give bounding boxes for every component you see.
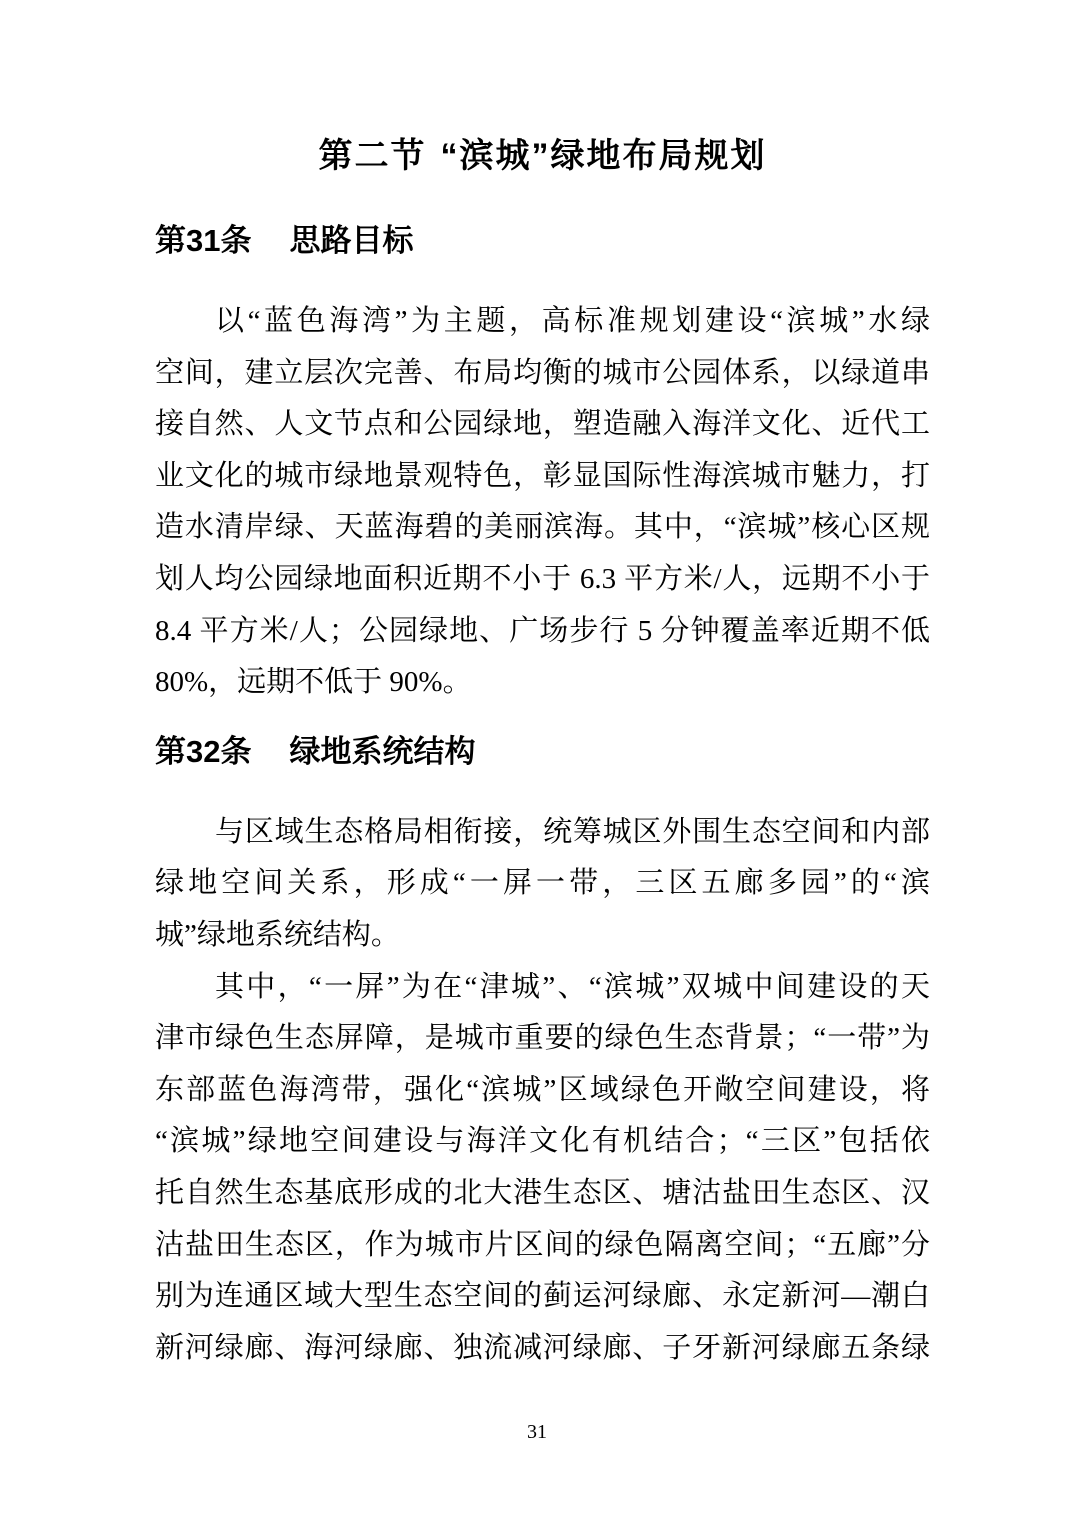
body-line: 业文化的城市绿地景观特色，彰显国际性海滨城市魅力，打 bbox=[155, 451, 930, 503]
body-line: 与区域生态格局相衔接，统筹城区外围生态空间和内部 bbox=[155, 807, 930, 859]
page-number: 31 bbox=[0, 1420, 1074, 1444]
article-31-paragraph-1: 以“蓝色海湾”为主题，高标准规划建设“滨城”水绿 空间，建立层次完善、布局均衡的… bbox=[155, 296, 930, 709]
section-title-prefix: 第二节 bbox=[319, 137, 427, 175]
body-line: 造水清岸绿、天蓝海碧的美丽滨海。其中，“滨城”核心区规 bbox=[155, 502, 930, 554]
body-line: 80%，远期不低于 90%。 bbox=[155, 657, 930, 709]
body-line: 8.4 平方米/人；公园绿地、广场步行 5 分钟覆盖率近期不低于 bbox=[155, 606, 930, 658]
article-32-heading: 第32条绿地系统结构 bbox=[155, 735, 930, 769]
body-line: 东部蓝色海湾带，强化“滨城”区域绿色开敞空间建设，将 bbox=[155, 1065, 930, 1117]
body-line: 别为连通区域大型生态空间的蓟运河绿廊、永定新河—潮白 bbox=[155, 1271, 930, 1323]
body-line: 沽盐田生态区，作为城市片区间的绿色隔离空间；“五廊”分 bbox=[155, 1220, 930, 1272]
body-line: 其中，“一屏”为在“津城”、“滨城”双城中间建设的天 bbox=[155, 962, 930, 1014]
page-content: 第二节“滨城”绿地布局规划 第31条思路目标 以“蓝色海湾”为主题，高标准规划建… bbox=[0, 0, 1074, 1374]
article-31-title: 思路目标 bbox=[289, 223, 413, 258]
article-32-number: 第32条 bbox=[155, 734, 251, 769]
article-32-title: 绿地系统结构 bbox=[289, 734, 475, 769]
body-line: 津市绿色生态屏障，是城市重要的绿色生态背景；“一带”为 bbox=[155, 1013, 930, 1065]
article-32-paragraph-1: 与区域生态格局相衔接，统筹城区外围生态空间和内部 绿地空间关系，形成“一屏一带，… bbox=[155, 807, 930, 962]
body-line: 绿地空间关系，形成“一屏一带，三区五廊多园”的“滨 bbox=[155, 858, 930, 910]
body-line: “滨城”绿地空间建设与海洋文化有机结合；“三区”包括依 bbox=[155, 1116, 930, 1168]
body-line: 接自然、人文节点和公园绿地，塑造融入海洋文化、近代工 bbox=[155, 399, 930, 451]
body-line: 空间，建立层次完善、布局均衡的城市公园体系，以绿道串 bbox=[155, 348, 930, 400]
body-line: 划人均公园绿地面积近期不小于 6.3 平方米/人，远期不小于 bbox=[155, 554, 930, 606]
body-line: 城”绿地系统结构。 bbox=[155, 910, 930, 962]
article-31-heading: 第31条思路目标 bbox=[155, 224, 930, 258]
body-line: 以“蓝色海湾”为主题，高标准规划建设“滨城”水绿 bbox=[155, 296, 930, 348]
section-title-text: “滨城”绿地布局规划 bbox=[441, 137, 767, 175]
article-32-paragraph-2: 其中，“一屏”为在“津城”、“滨城”双城中间建设的天 津市绿色生态屏障，是城市重… bbox=[155, 962, 930, 1375]
section-title: 第二节“滨城”绿地布局规划 bbox=[155, 0, 930, 174]
document-page: 第二节“滨城”绿地布局规划 第31条思路目标 以“蓝色海湾”为主题，高标准规划建… bbox=[0, 0, 1074, 1520]
article-31-number: 第31条 bbox=[155, 223, 251, 258]
body-line: 新河绿廊、海河绿廊、独流减河绿廊、子牙新河绿廊五条绿 bbox=[155, 1323, 930, 1375]
body-line: 托自然生态基底形成的北大港生态区、塘沽盐田生态区、汉 bbox=[155, 1168, 930, 1220]
